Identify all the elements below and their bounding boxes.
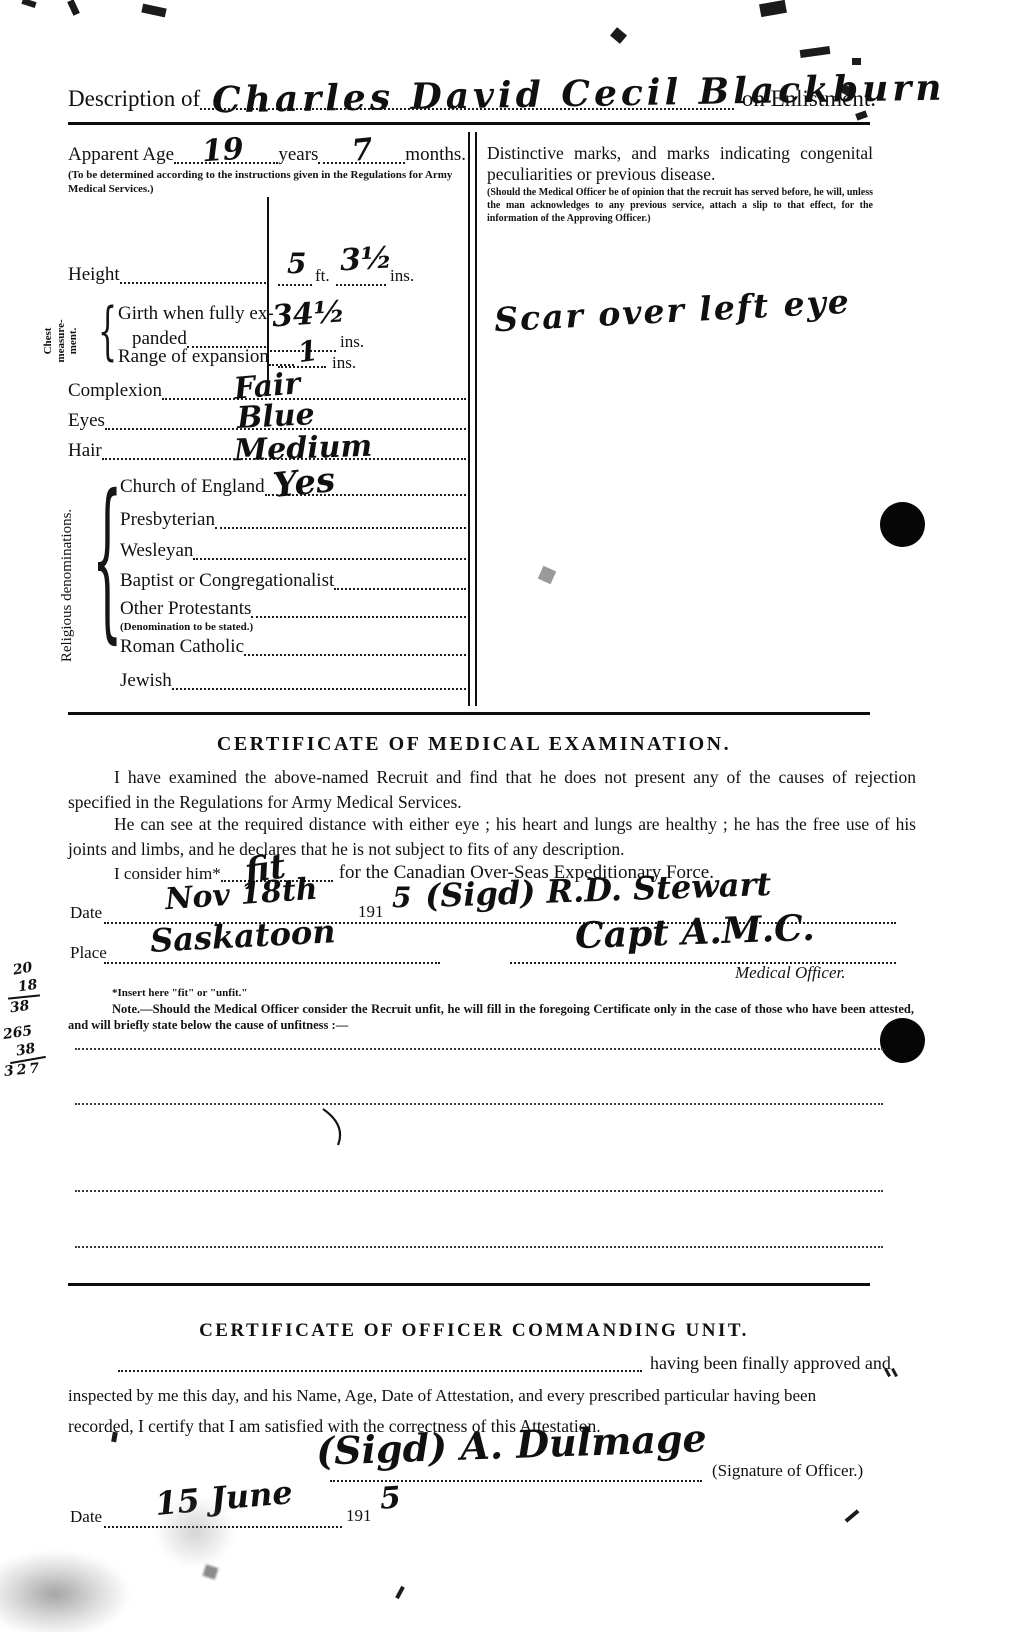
medical-para-2: He can see at the required distance with… xyxy=(68,812,916,862)
year-value-handwritten: 5 xyxy=(392,884,411,912)
baptist-label: Baptist or Congregationalist xyxy=(120,571,334,590)
religion-brace: { xyxy=(92,474,123,647)
dotted-line: Yes xyxy=(265,472,466,496)
ins-label: ins. xyxy=(390,267,414,284)
girth-label-line1: Girth when fully ex- xyxy=(118,304,274,323)
smudge xyxy=(0,1548,135,1632)
blank-line xyxy=(75,1190,883,1192)
distinctive-marks-note: (Should the Medical Officer be of opinio… xyxy=(487,186,873,225)
medical-note: Note.—Should the Medical Officer conside… xyxy=(68,1001,914,1034)
blank-line xyxy=(75,1246,883,1248)
fit-footnote: *Insert here "fit" or "unfit." xyxy=(112,986,248,1000)
age-years-value: 19 xyxy=(201,135,245,168)
rule-top xyxy=(68,122,870,125)
range-units: ins. xyxy=(332,354,356,371)
girth-units: ins. xyxy=(340,333,364,350)
ink-speck xyxy=(855,110,868,120)
dotted-line xyxy=(334,566,466,590)
name-dotted-line: Charles David Cecil Blackburn xyxy=(200,74,734,110)
dotted-line xyxy=(244,632,466,656)
eyes-label: Eyes xyxy=(68,411,105,430)
ink-speck xyxy=(610,27,627,44)
wesleyan-label: Wesleyan xyxy=(120,541,193,560)
dotted-line: 19 xyxy=(174,138,278,164)
margin-number: 327 xyxy=(3,1061,42,1079)
height-label: Height xyxy=(68,265,120,284)
height-row: Height xyxy=(68,262,266,284)
jewish-label: Jewish xyxy=(120,671,172,690)
religion-side-label: Religious denominations. xyxy=(59,478,76,693)
years-label: years xyxy=(278,145,318,164)
complexion-row: Complexion Fair xyxy=(68,378,466,400)
date-label: Date xyxy=(70,904,102,921)
medical-para-1: I have examined the above-named Recruit … xyxy=(68,765,916,815)
chest-side-label: Chest measure- ment. xyxy=(42,298,80,384)
ink-speck xyxy=(21,0,36,8)
other-protestants-note: (Denomination to be stated.) xyxy=(120,620,253,634)
officer-line-2: inspected by me this day, and his Name, … xyxy=(68,1384,816,1408)
column-divider xyxy=(468,132,477,706)
punch-hole xyxy=(880,502,925,547)
girth-value: 34½ xyxy=(271,297,346,332)
officer-line-1-row: having been finally approved and xyxy=(118,1348,891,1372)
margin-number: 38 xyxy=(9,999,30,1016)
ink-speck xyxy=(395,1586,405,1599)
officer-year-value-handwritten: 5 xyxy=(379,1483,402,1514)
chest-brace: { xyxy=(98,302,117,365)
ink-speck xyxy=(538,566,556,584)
ink-speck xyxy=(845,1509,860,1522)
religion-row-wesleyan: Wesleyan xyxy=(120,538,466,560)
religion-row-other-protestants: Other Protestants xyxy=(120,596,466,618)
ft-label: ft. xyxy=(315,267,330,284)
ink-speck xyxy=(800,46,831,58)
title-label: Description of xyxy=(68,87,200,110)
dotted-line xyxy=(215,505,466,529)
distinctive-marks-value: Scar over left eye xyxy=(493,285,851,337)
religion-row-roman-catholic: Roman Catholic xyxy=(120,634,466,656)
apparent-age-row: Apparent Age 19 years 7 months. xyxy=(68,140,466,164)
dotted-line xyxy=(172,666,466,690)
dotted-line xyxy=(193,536,466,560)
distinctive-marks-heading: Distinctive marks, and marks indicating … xyxy=(487,143,873,184)
range-row: Range of expansion xyxy=(118,344,294,366)
officer-date-label: Date xyxy=(70,1508,102,1525)
attestation-form-page: Description of Charles David Cecil Black… xyxy=(0,0,1012,1632)
months-label: months. xyxy=(405,145,466,164)
range-label: Range of expansion xyxy=(118,347,269,366)
other-protestants-label: Other Protestants xyxy=(120,599,251,618)
dotted-line xyxy=(120,260,266,284)
ink-speck xyxy=(852,58,861,65)
religion-row-presbyterian: Presbyterian xyxy=(120,507,466,529)
ink-mark xyxy=(111,1432,118,1443)
dotted-line: 7 xyxy=(318,138,405,164)
ink-speck xyxy=(67,0,80,16)
signature-of-officer-label: (Signature of Officer.) xyxy=(712,1462,863,1479)
hair-value: Medium xyxy=(233,432,372,467)
officer-year-prefix: 191 xyxy=(346,1507,372,1524)
complexion-label: Complexion xyxy=(68,381,162,400)
margin-number: 18 xyxy=(17,978,38,995)
officer-line-1: having been finally approved and xyxy=(642,1354,891,1372)
hair-row: Hair Medium xyxy=(68,438,466,460)
dotted-line: Medium xyxy=(102,436,466,460)
eyes-row: Eyes Blue xyxy=(68,408,466,430)
blank-line xyxy=(75,1048,883,1050)
ink-speck xyxy=(202,1564,218,1579)
dotted-line xyxy=(251,594,466,618)
year-prefix: 191 xyxy=(358,903,384,920)
ink-speck xyxy=(759,0,787,17)
medical-cert-heading: CERTIFICATE OF MEDICAL EXAMINATION. xyxy=(68,733,880,756)
religion-row-baptist: Baptist or Congregationalist xyxy=(120,568,466,590)
height-ft-value: 5 xyxy=(287,250,306,278)
dotted-line: Blue xyxy=(105,406,466,430)
religion-row-jewish: Jewish xyxy=(120,668,466,690)
margin-number: 38 xyxy=(15,1041,37,1058)
church-of-england-value: Yes xyxy=(271,463,336,503)
ink-mark xyxy=(891,1368,898,1377)
age-months-value: 7 xyxy=(351,135,375,167)
roman-catholic-label: Roman Catholic xyxy=(120,637,244,656)
rule-mid xyxy=(68,712,870,715)
rank-handwritten: Capt A.M.C. xyxy=(574,910,815,954)
officer-cert-heading: CERTIFICATE OF OFFICER COMMANDING UNIT. xyxy=(68,1320,880,1342)
presbyterian-label: Presbyterian xyxy=(120,510,215,529)
medical-officer-label: Medical Officer. xyxy=(735,963,845,983)
margin-number: 265 xyxy=(2,1024,33,1042)
eyes-value: Blue xyxy=(236,400,315,434)
pen-mark xyxy=(320,1106,354,1148)
apparent-age-label: Apparent Age xyxy=(68,145,174,164)
church-of-england-label: Church of England xyxy=(120,477,265,496)
margin-number: 20 xyxy=(12,960,34,977)
rule-bottom xyxy=(68,1283,870,1286)
place-value-handwritten: Saskatoon xyxy=(149,915,336,957)
height-ins-value: 3½ xyxy=(339,244,393,277)
place-label: Place xyxy=(70,944,107,961)
smudge xyxy=(150,1492,240,1572)
ink-speck xyxy=(141,4,166,18)
dotted-line xyxy=(118,1346,642,1372)
hair-label: Hair xyxy=(68,441,102,460)
recruit-name-handwritten: Charles David Cecil Blackburn xyxy=(212,70,946,119)
range-value: 1 xyxy=(296,337,319,367)
title-row: Description of Charles David Cecil Black… xyxy=(68,76,876,110)
apparent-age-note: (To be determined according to the instr… xyxy=(68,168,472,197)
religion-row-church-of-england: Church of England Yes xyxy=(120,474,466,496)
blank-line xyxy=(75,1103,883,1105)
